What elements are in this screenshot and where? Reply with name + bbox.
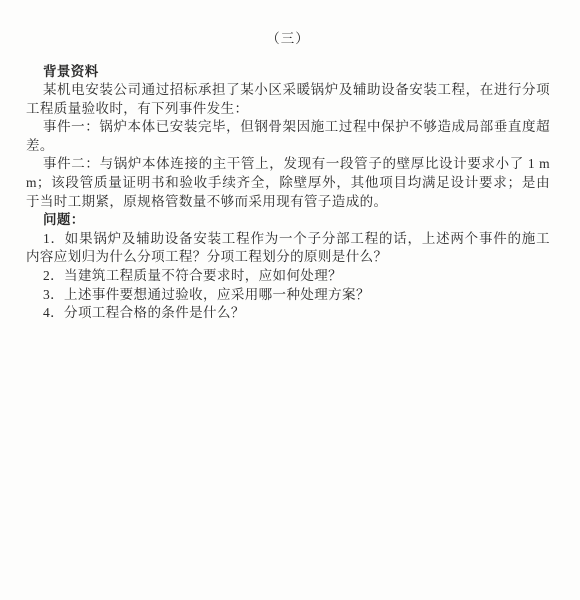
question-2: 2．当建筑工程质量不符合要求时，应如何处理？ (26, 267, 550, 286)
document-page: （三） 背景资料 某机电安装公司通过招标承担了某小区采暖锅炉及辅助设备安装工程，… (0, 0, 580, 600)
section-number-title: （三） (26, 30, 550, 49)
background-heading: 背景资料 (26, 63, 550, 82)
event-2-paragraph: 事件二：与锅炉本体连接的主干管上，发现有一段管子的壁厚比设计要求小了 1 mm；… (26, 155, 550, 211)
event-1-paragraph: 事件一：锅炉本体已安装完毕，但钢骨架因施工过程中保护不够造成局部垂直度超差。 (26, 118, 550, 155)
questions-heading: 问题： (26, 211, 550, 230)
question-4: 4．分项工程合格的条件是什么？ (26, 304, 550, 323)
document-content: （三） 背景资料 某机电安装公司通过招标承担了某小区采暖锅炉及辅助设备安装工程，… (26, 30, 550, 323)
intro-paragraph: 某机电安装公司通过招标承担了某小区采暖锅炉及辅助设备安装工程，在进行分项工程质量… (26, 81, 550, 118)
question-3: 3．上述事件要想通过验收，应采用哪一种处理方案？ (26, 286, 550, 305)
question-1: 1．如果锅炉及辅助设备安装工程作为一个子分部工程的话，上述两个事件的施工内容应划… (26, 230, 550, 267)
